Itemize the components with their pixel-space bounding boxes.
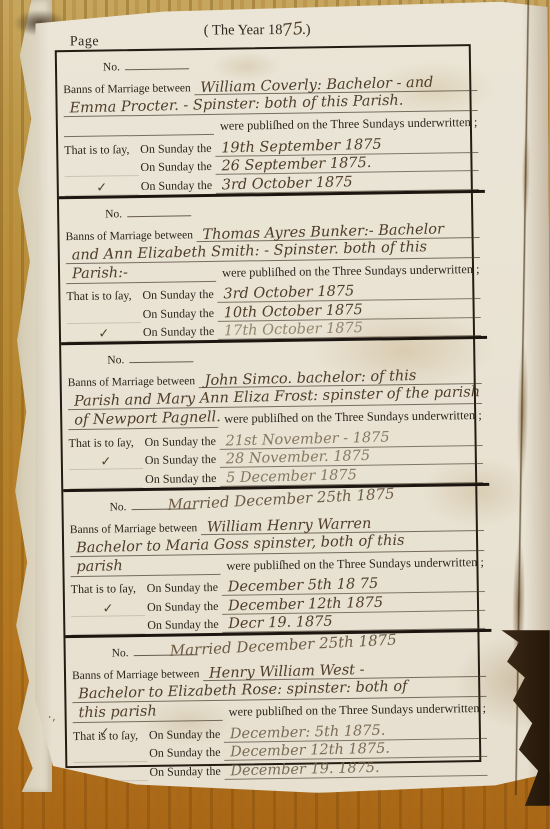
- that-is-label: That is to ſay,: [68, 435, 142, 452]
- register-page: Page ( The Year 1875.) ·, No. Banns of M…: [28, 1, 550, 794]
- on-sunday-label: On Sunday the: [149, 745, 221, 762]
- banns-entry: No. Banns of Marriage between William Co…: [57, 46, 485, 196]
- sunday-dates: ✓ That is to ſay, On Sunday the December…: [73, 720, 487, 782]
- published-label: were publiſhed on the Three Sundays unde…: [228, 701, 486, 721]
- pre-published-line: [64, 116, 214, 137]
- banns-label: Banns of Marriage between: [63, 82, 191, 97]
- that-is-label: That is to ſay,: [64, 142, 138, 159]
- banns-form: No. Banns of Marriage between William Co…: [55, 44, 482, 768]
- on-sunday-label: On Sunday the: [143, 305, 215, 322]
- banns-register-photo: Page ( The Year 1875.) ·, No. Banns of M…: [0, 0, 550, 829]
- on-sunday-label: On Sunday the: [147, 580, 219, 597]
- pre-published-line: parish: [70, 555, 220, 576]
- check-mark: ✓: [69, 454, 143, 470]
- banns-label: Banns of Marriage between: [68, 375, 196, 390]
- check-mark: ✓: [65, 180, 139, 196]
- sunday-dates: That is to ſay, On Sunday the December 5…: [71, 573, 485, 635]
- on-sunday-label: On Sunday the: [142, 287, 214, 304]
- date-line: December 19. 1875.: [225, 758, 487, 779]
- margin-pen-mark: ·,: [47, 710, 57, 724]
- year-heading: ( The Year 1875.): [204, 19, 311, 40]
- no-blank-line: [129, 350, 193, 363]
- check-mark: [73, 765, 147, 781]
- check-mark: [73, 747, 147, 763]
- published-label: were publiſhed on the Three Sundays unde…: [224, 408, 482, 428]
- no-label: No.: [112, 647, 129, 659]
- banns-entry: No. Banns of Marriage between Thomas Ayr…: [59, 189, 487, 342]
- check-mark: [69, 472, 143, 488]
- pre-published-line: Parish:-: [66, 262, 216, 283]
- on-sunday-label: On Sunday the: [145, 452, 217, 469]
- year-printed-prefix: ( The Year 18: [204, 22, 283, 38]
- on-sunday-label: On Sunday the: [144, 433, 216, 450]
- published-label: were publiſhed on the Three Sundays unde…: [222, 261, 480, 281]
- no-blank-line: [127, 204, 191, 217]
- no-label: No.: [105, 208, 122, 220]
- check-mark: ✓: [71, 600, 145, 616]
- no-label: No.: [103, 61, 120, 73]
- banns-entry: No. Married December 25th 1875 Banns of …: [65, 629, 493, 782]
- pre-published-line: this parish: [72, 702, 222, 723]
- no-label: No.: [109, 501, 126, 513]
- that-is-label: That is to ſay,: [66, 288, 140, 305]
- on-sunday-label: On Sunday the: [143, 324, 215, 341]
- banns-entry: No. Married December 25th 1875 Banns of …: [63, 482, 491, 635]
- page-label: Page: [70, 34, 99, 50]
- check-mark: [67, 308, 141, 324]
- married-note: [161, 41, 461, 56]
- banns-label: Banns of Marriage between: [72, 668, 200, 683]
- on-sunday-label: On Sunday the: [140, 140, 212, 157]
- on-sunday-label: On Sunday the: [147, 617, 219, 634]
- sunday-dates: That is to ſay, On Sunday the 3rd Octobe…: [66, 280, 480, 342]
- on-sunday-label: On Sunday the: [147, 598, 219, 615]
- sunday-dates: That is to ſay, On Sunday the 21st Novem…: [68, 427, 482, 489]
- that-is-label: That is to ſay,: [71, 581, 145, 598]
- check-mark: ✓: [99, 726, 110, 741]
- published-label: were publiſhed on the Three Sundays unde…: [220, 115, 478, 135]
- check-mark: [71, 619, 145, 635]
- banns-entry: No. Banns of Marriage between John Simco…: [61, 336, 489, 489]
- check-mark: [64, 161, 138, 177]
- pre-published-line: of Newport Pagnell.: [68, 409, 218, 430]
- no-blank-line: [125, 57, 189, 70]
- that-is-label: That is to ſay,: [73, 727, 147, 744]
- on-sunday-label: On Sunday the: [149, 726, 221, 743]
- no-label: No.: [107, 354, 124, 366]
- year-handwritten: 75: [280, 19, 304, 42]
- banns-label: Banns of Marriage between: [70, 522, 198, 537]
- on-sunday-label: On Sunday the: [140, 159, 212, 176]
- on-sunday-label: On Sunday the: [149, 763, 221, 780]
- sunday-dates: That is to ſay, On Sunday the 19th Septe…: [64, 134, 478, 196]
- check-mark: ✓: [67, 326, 141, 342]
- on-sunday-label: On Sunday the: [145, 470, 217, 487]
- published-label: were publiſhed on the Three Sundays unde…: [226, 554, 484, 574]
- banns-label: Banns of Marriage between: [65, 229, 193, 244]
- on-sunday-label: On Sunday the: [141, 177, 213, 194]
